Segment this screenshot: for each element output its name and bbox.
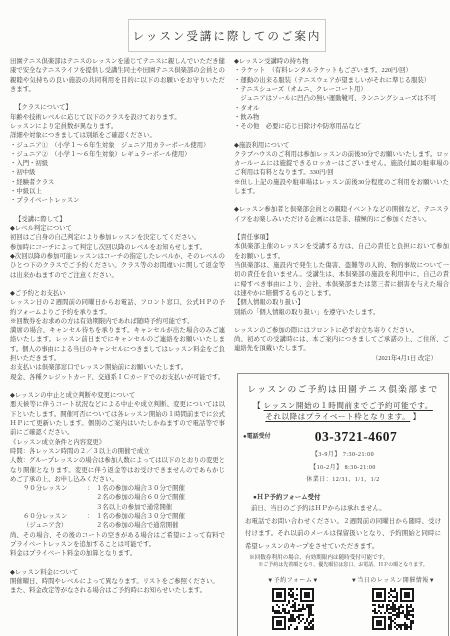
belongings-item: ・運動の出来る服装（テニスウェアが望ましいがそれに準じる服装） bbox=[234, 76, 449, 85]
hours-oct-feb: 【10-2月】 8:30-21:00 bbox=[243, 464, 443, 473]
class-list-item: ・経験者クラス bbox=[10, 178, 225, 187]
intro-paragraph: 田園テニス倶楽部はテニスのレッスンを通じてテニスに親しんでいただき健康で安全なテ… bbox=[10, 57, 225, 94]
hp-paragraph: お電話でお問い合わせください。２週間前の同曜日から随時、受け付けます。それ以前の… bbox=[243, 516, 443, 554]
lesson-60-row: ６０分レッスン （ジュニア含） ： １名の参加の場合３０分で開催 ２名の参加の場… bbox=[10, 512, 225, 531]
liability-paragraph: 当倶楽部は、施設内で発生した傷害、盗難等の人的、物的事故について一切の責任を負い… bbox=[234, 261, 449, 298]
cancellation-section: ◆レッスンの中止と成立判断や変更について 悪天候等に伴うコート状況などによる中止… bbox=[10, 391, 225, 559]
qr-label-reservation-form: ▼予約フォーム▼ bbox=[243, 577, 343, 586]
lesson-60-sublabel: （ジュニア含） bbox=[23, 521, 87, 530]
bracket-close: 】 bbox=[413, 412, 421, 421]
bracket-open: 【 bbox=[253, 401, 261, 410]
front-desk-section: レッスンのご参加の際にはフロントに必ずお立ち寄りください。 尚、初めての受講時に… bbox=[234, 326, 449, 363]
conditions-time: 時間：各レッスン時間の２／３以上の開催で成立 bbox=[10, 447, 225, 456]
fee-paragraph: 開催曜日、時間やレベルによって異なります。リストをご参照ください。 bbox=[10, 577, 225, 586]
lesson-90-lines: １名の参加の場合３０分で開催 ２名の参加の場合６０分で開催 ３名以上の参加で通常… bbox=[96, 484, 225, 512]
hp-form-reception-label: ●ＨＰ予約フォーム受付 bbox=[243, 493, 443, 502]
belongings-item: ・タオル bbox=[234, 104, 449, 113]
hp-paragraph: 前日、当日のご予約はＨＰからは承れません。 bbox=[243, 503, 443, 516]
lesson-90-label: ９０分レッスン bbox=[10, 484, 87, 512]
attendance-section-heading: 【受講に際して】 bbox=[10, 215, 225, 224]
reservation-notice: 【 レッスン開始の１時間前までご予約可能です。 それ以降はプライベート枠となりま… bbox=[243, 400, 443, 422]
lesson-60-line: １名の参加の場合３０分で開催 bbox=[96, 512, 225, 521]
belongings-item: ・テニスシューズ（オムニ、クレーコート用） bbox=[234, 85, 449, 94]
booking-paragraph: お支払いは倶楽部窓口でレッスン開始前にお願いいたします。 bbox=[10, 363, 225, 372]
booking-paragraph: レッスン日の２週間前の同曜日からお電話、フロント窓口、公式ＨＰの予約フォームより… bbox=[10, 298, 225, 317]
qr-labels-row: ▼予約フォーム▼ ▼当日のレッスン開催情報▼ bbox=[243, 577, 443, 586]
privacy-heading: 【個人情報の取り扱い】 bbox=[234, 298, 449, 307]
document-page: レッスン受講に際してのご案内 田園テニス倶楽部はテニスのレッスンを通じてテニスに… bbox=[0, 0, 450, 636]
facility-section: ◆施設利用について クラブハウスのご利用は参加レッスンの前後30分でお願いいたし… bbox=[234, 141, 449, 197]
booking-paragraph: 現金、各種クレジットカード、交通系ＩＣカードでのお支払いが可能です。 bbox=[10, 373, 225, 382]
conditions-heading: 《レッスン成立条件と内容変更》 bbox=[10, 438, 225, 447]
event-section: ◆レッスン参加者と倶楽部会員との親睦イベントなどの開催など、テニスライフをお楽し… bbox=[234, 205, 449, 224]
left-column: 田園テニス倶楽部はテニスのレッスンを通じてテニスに親しんでいただき健康で安全なテ… bbox=[10, 57, 225, 636]
belongings-item: ・ラケット （有料レンタルラケットもございます。220円/回） bbox=[234, 66, 449, 75]
belongings-item: ・飲み物 bbox=[234, 113, 449, 122]
class-list-item: ・中級以上 bbox=[10, 187, 225, 196]
right-column: ◆レッスン受講時の持ち物 ・ラケット （有料レンタルラケットもございます。220… bbox=[234, 57, 449, 636]
colon: ： bbox=[87, 484, 96, 512]
level-paragraph: ◆次回以降の参加可能レッスンはコーチの指定したレベルか、そのレベルのひとつ下のク… bbox=[10, 252, 225, 280]
colon: ： bbox=[87, 512, 96, 531]
private-note: 料金はプライベート料金の加算となります。 bbox=[10, 549, 225, 558]
hp-note: ※回数券利用の場合、有効期限内は随時受付可能です。 bbox=[243, 554, 443, 562]
lesson-60-label: ６０分レッスン （ジュニア含） bbox=[10, 512, 87, 531]
lesson-90-line: ３名以上の参加で通常開催 bbox=[96, 503, 225, 512]
conditions-people: 人数：グループレッスンの場合は参加人数によっては以下のとおりの変更となり開催とな… bbox=[10, 456, 225, 484]
lesson-60-lines: １名の参加の場合３０分で開催 ２名の参加の場合で通常開催 bbox=[96, 512, 225, 531]
hp-note: ※ご予約は先着順となり、優先順位は窓口、お電話、ＨＰの順となります。 bbox=[243, 562, 443, 569]
privacy-paragraph: 別紙の「個人情報の取り扱い」を遵守いたします。 bbox=[234, 308, 449, 317]
lesson-90-line: ２名の参加の場合６０分で開催 bbox=[96, 493, 225, 502]
content-columns: 田園テニス倶楽部はテニスのレッスンを通じてテニスに親しんでいただき健康で安全なテ… bbox=[10, 57, 449, 636]
fee-section: ◆レッスン料金について 開催曜日、時間やレベルによって異なります。リストをご参照… bbox=[10, 568, 225, 596]
hours-mar-sep: 【3-9月】 7:30-21:00 bbox=[243, 451, 443, 460]
class-list-item: ・入門・初級 bbox=[10, 159, 225, 168]
level-judgement-heading: ◆レベル判定について bbox=[10, 224, 225, 233]
front-desk-paragraph: レッスンのご参加の際にはフロントに必ずお立ち寄りください。 bbox=[234, 326, 449, 335]
booking-paragraph: 満席の場合、キャンセル待ちを承ります。キャンセルが出た場合のみご連絡いたします。… bbox=[10, 326, 225, 363]
cancellation-section-heading: ◆レッスンの中止と成立判断や変更について bbox=[10, 391, 225, 400]
class-intro-line: 詳細や対象につきましては別紙をご確認ください。 bbox=[10, 131, 225, 140]
front-desk-paragraph: 尚、初めての受講時には、本ご案内につきましてご承諾の上、ご住所、ご連絡先を頂戴い… bbox=[234, 335, 449, 354]
qr-cell-right bbox=[343, 588, 443, 630]
belongings-section-heading: ◆レッスン受講時の持ち物 bbox=[234, 57, 449, 66]
class-section: 【クラスについて】 年齢や技術レベルに応じて以下のクラスを設けております。 レッ… bbox=[10, 103, 225, 205]
cancellation-paragraph: 悪天候等に伴うコート状況などによる中止や成立判断、変更については以下といたします… bbox=[10, 400, 225, 437]
belongings-item: ジュニアはソールに凹凸の無い運動靴可、ランニングシューズは不可 bbox=[234, 94, 449, 103]
belongings-item: ・その他 必要に応じ日除けや防寒用品など bbox=[234, 122, 449, 131]
holidays: 休業日：12/31、1/1、1/2 bbox=[243, 476, 443, 485]
reception-hours: 【3-9月】 7:30-21:00 【10-2月】 8:30-21:00 休業日… bbox=[243, 451, 443, 485]
reservation-notice-line2: それ以降はプライベート枠となります。 bbox=[265, 412, 410, 421]
page-title: レッスン受講に際してのご案内 bbox=[133, 28, 322, 44]
qr-code-lesson-info bbox=[372, 588, 414, 630]
lesson-60-line: ２名の参加の場合で通常開催 bbox=[96, 521, 225, 530]
fee-section-heading: ◆レッスン料金について bbox=[10, 568, 225, 577]
qr-code-reservation-form bbox=[272, 588, 314, 630]
class-intro-line: 年齢や技術レベルに応じて以下のクラスを設けております。 bbox=[10, 113, 225, 122]
lesson-60-label-text: ６０分レッスン bbox=[23, 512, 87, 521]
booking-section-heading: ◆ご予約とお支払い bbox=[10, 289, 225, 298]
reservation-notice-line1: レッスン開始の１時間前までご予約可能です。 bbox=[264, 401, 433, 410]
fee-paragraph: また、料金改定等がなされる場合はご予約時にお知らせいたします。 bbox=[10, 586, 225, 595]
reservation-box: レッスンのご予約は田園テニス倶楽部まで 【 レッスン開始の１時間前までご予約可能… bbox=[237, 373, 449, 636]
revision-date: （2021年4月1日 改定） bbox=[234, 354, 449, 363]
liability-section: 【責任事項】 本倶楽部主催のレッスンを受講する方は、自己の責任と負担において参加… bbox=[234, 233, 449, 317]
attendance-section: 【受講に際して】 ◆レベル判定について 初回はご自身の自己判定により参加レッスン… bbox=[10, 215, 225, 280]
event-paragraph: ◆レッスン参加者と倶楽部会員との親睦イベントなどの開催など、テニスライフをお楽し… bbox=[234, 205, 449, 224]
class-intro-line: レッスンにより定員数が異なります。 bbox=[10, 122, 225, 131]
booking-paragraph: ※回数券をお求めの方は有効期限内であれば随時予約可能です。 bbox=[10, 317, 225, 326]
facility-paragraph: ※但し上記の施設や駐車場はレッスン前後30分程度のご利用をお願いいたします。 bbox=[234, 178, 449, 197]
qr-cell-left bbox=[243, 588, 343, 630]
booking-payment-section: ◆ご予約とお支払い レッスン日の２週間前の同曜日からお電話、フロント窓口、公式Ｈ… bbox=[10, 289, 225, 382]
level-paragraph: 初回はご自身の自己判定により参加レッスンを決定してください。 bbox=[10, 233, 225, 242]
class-list-item: ・ジュニア① （小学１～６年生対象 ジュニア用カラーボール使用） bbox=[10, 141, 225, 150]
liability-paragraph: 本倶楽部主催のレッスンを受講する方は、自己の責任と負担において参加をお願いします… bbox=[234, 242, 449, 261]
class-list-item: ・初中級 bbox=[10, 168, 225, 177]
liability-section-heading: 【責任事項】 bbox=[234, 233, 449, 242]
class-list-item: ・ジュニア② （小学１～６年生対象）レギュラーボール使用） bbox=[10, 150, 225, 159]
phone-reception-label: ●電話受付 bbox=[243, 433, 287, 442]
facility-paragraph: クラブハウスのご利用は参加レッスンの前後30分でお願いいたします。ロッカールーム… bbox=[234, 150, 449, 178]
qr-label-lesson-info: ▼当日のレッスン開催情報▼ bbox=[343, 577, 443, 586]
phone-number: 03-3721-4607 bbox=[287, 427, 443, 447]
lesson-90-row: ９０分レッスン ： １名の参加の場合３０分で開催 ２名の参加の場合６０分で開催 … bbox=[10, 484, 225, 512]
belongings-section: ◆レッスン受講時の持ち物 ・ラケット （有料レンタルラケットもございます。220… bbox=[234, 57, 449, 132]
facility-section-heading: ◆施設利用について bbox=[234, 141, 449, 150]
qr-codes-row bbox=[243, 588, 443, 630]
lesson-90-line: １名の参加の場合３０分で開催 bbox=[96, 484, 225, 493]
page-title-box: レッスン受講に際してのご案内 bbox=[128, 19, 326, 52]
class-list-item: ・プライベートレッスン bbox=[10, 196, 225, 205]
level-paragraph: 参加時にコーチによって判定し次回以降のレベルをお知らせします。 bbox=[10, 243, 225, 252]
reservation-box-title: レッスンのご予約は田園テニス倶楽部まで bbox=[243, 383, 443, 396]
class-section-heading: 【クラスについて】 bbox=[10, 103, 225, 112]
private-note: 尚、その場合、その後のコートの空きがある場合はご希望によって有料でプライベートレ… bbox=[10, 531, 225, 550]
phone-row: ●電話受付 03-3721-4607 bbox=[243, 427, 443, 447]
